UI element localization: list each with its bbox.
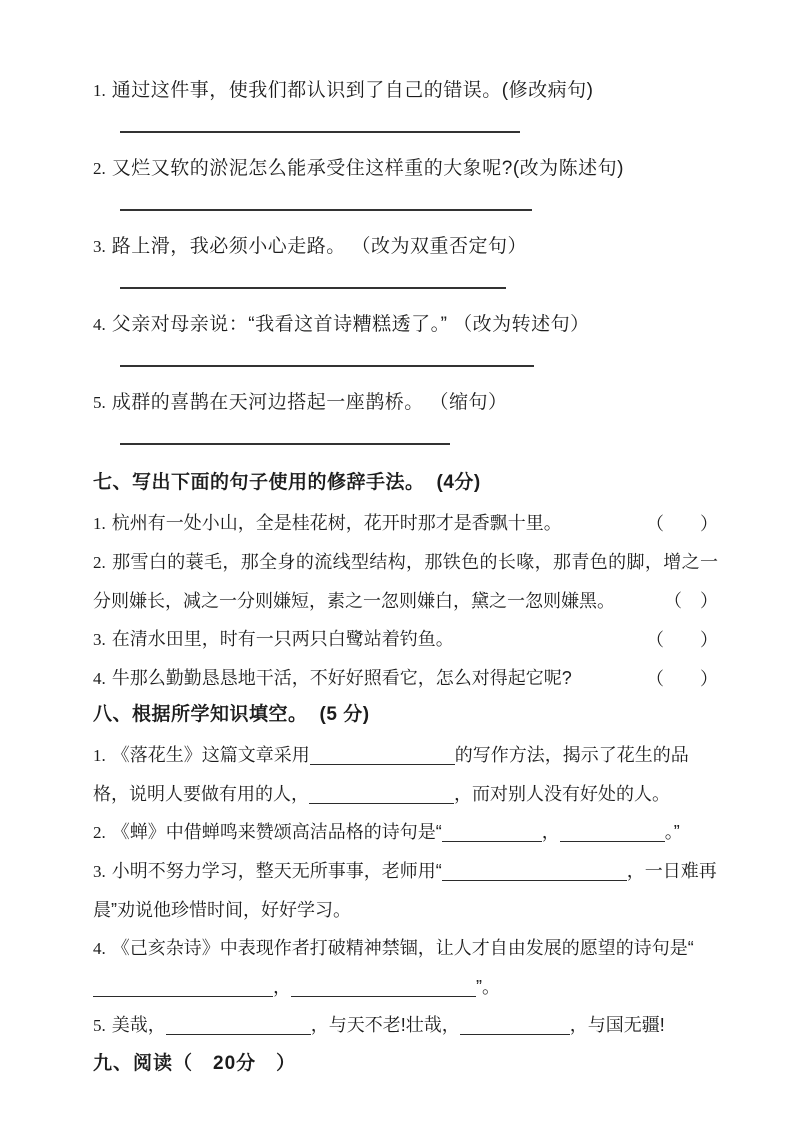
rewrite-question-2: 2.又烂又软的淤泥怎么能承受住这样重的大象呢?(改为陈述句) <box>93 154 718 211</box>
question-text: ，与天不老!壮哉， <box>311 1015 460 1035</box>
question-text: 《落花生》这篇文章采用 <box>112 745 310 765</box>
question-text: 《己亥杂诗》中表现作者打破精神禁锢，让人才自由发展的愿望的诗句是“ <box>112 938 694 958</box>
question-line: 4.父亲对母亲说：“我看这首诗糟糕透了。” （改为转述句） <box>93 310 718 340</box>
question-text: ”。 <box>476 977 500 997</box>
question-text: ，而对别人没有好处的人。 <box>454 784 670 804</box>
answer-parentheses: （ ） <box>646 660 718 698</box>
section-title: 八、根据所学知识填空。 <box>93 704 308 725</box>
worksheet-page: 1.通过这件事，使我们都认识到了自己的错误。(修改病句) 2.又烂又软的淤泥怎么… <box>0 0 793 1122</box>
fill-blank <box>291 976 476 997</box>
question-line: 5.成群的喜鹊在天河边搭起一座鹊桥。 （缩句） <box>93 388 718 418</box>
question-text: 那雪白的蓑毛，那全身的流线型结构，那铁色的长喙，那青色的脚，增之一分则嫌长，减之… <box>93 552 718 611</box>
question-text: ，与国无疆! <box>570 1015 665 1035</box>
question-text: 牛那么勤勤恳恳地干活，不好好照看它，怎么对得起它呢? <box>112 668 572 688</box>
rhetoric-section: 七、写出下面的句子使用的修辞手法。(4分) 1.杭州有一处小山，全是桂花树，花开… <box>93 466 718 698</box>
question-text: 通过这件事，使我们都认识到了自己的错误。(修改病句) <box>112 80 594 101</box>
question-number: 2. <box>93 553 106 572</box>
section-heading: 九、阅读（ 20分 ） <box>93 1045 718 1083</box>
question-line: 3.路上滑，我必须小心走路。 （改为双重否定句） <box>93 232 718 262</box>
rhetoric-question-4: 4.牛那么勤勤恳恳地干活，不好好照看它，怎么对得起它呢?（ ） <box>93 659 718 698</box>
section-heading: 八、根据所学知识填空。(5 分) <box>93 698 718 732</box>
section-score: (5 分) <box>320 704 370 725</box>
answer-blank-line <box>120 287 506 289</box>
fill-question-2: 2.《蝉》中借蝉鸣来赞颂高洁品格的诗句是“，。” <box>93 813 718 852</box>
fill-blank <box>442 821 542 842</box>
fill-blank <box>460 1014 570 1035</box>
answer-parentheses: （ ） <box>646 621 718 659</box>
fill-blank-section: 八、根据所学知识填空。(5 分) 1.《落花生》这篇文章采用的写作方法，揭示了花… <box>93 698 718 1045</box>
fill-blank <box>560 821 665 842</box>
rewrite-question-3: 3.路上滑，我必须小心走路。 （改为双重否定句） <box>93 232 718 289</box>
question-number: 4. <box>93 315 106 334</box>
fill-question-3: 3.小明不努力学习，整天无所事事，老师用“，一日难再晨”劝说他珍惜时间，好好学习… <box>93 852 718 929</box>
question-line: 2.又烂又软的淤泥怎么能承受住这样重的大象呢?(改为陈述句) <box>93 154 718 184</box>
rewrite-question-5: 5.成群的喜鹊在天河边搭起一座鹊桥。 （缩句） <box>93 388 718 445</box>
section-score: (4分) <box>437 472 481 493</box>
section-heading: 七、写出下面的句子使用的修辞手法。(4分) <box>93 466 718 500</box>
question-number: 3. <box>93 237 106 256</box>
reading-section: 九、阅读（ 20分 ） <box>93 1045 718 1083</box>
answer-blank-line <box>120 443 450 445</box>
fill-blank <box>310 744 455 765</box>
question-text: 又烂又软的淤泥怎么能承受住这样重的大象呢?(改为陈述句) <box>112 158 624 179</box>
question-number: 4. <box>93 939 106 958</box>
question-text: 小明不努力学习，整天无所事事，老师用“ <box>112 861 442 881</box>
question-number: 3. <box>93 630 106 649</box>
question-line: 1.通过这件事，使我们都认识到了自己的错误。(修改病句) <box>93 76 718 106</box>
question-number: 5. <box>93 393 106 412</box>
question-number: 4. <box>93 669 106 688</box>
rewrite-question-1: 1.通过这件事，使我们都认识到了自己的错误。(修改病句) <box>93 76 718 133</box>
fill-blank <box>309 783 454 804</box>
question-text: 美哉， <box>112 1015 166 1035</box>
question-text: ， <box>542 822 560 842</box>
section-title: 七、写出下面的句子使用的修辞手法。 <box>93 472 425 493</box>
rewrite-question-4: 4.父亲对母亲说：“我看这首诗糟糕透了。” （改为转述句） <box>93 310 718 367</box>
answer-parentheses: （ ） <box>664 582 718 620</box>
question-number: 2. <box>93 823 106 842</box>
rhetoric-question-1: 1.杭州有一处小山，全是桂花树，花开时那才是香飘十里。（ ） <box>93 504 718 543</box>
question-number: 1. <box>93 746 106 765</box>
question-number: 2. <box>93 159 106 178</box>
question-number: 1. <box>93 514 106 533</box>
answer-parentheses: （ ） <box>646 505 718 543</box>
rhetoric-question-2: 2.那雪白的蓑毛，那全身的流线型结构，那铁色的长喙，那青色的脚，增之一分则嫌长，… <box>93 543 718 620</box>
question-text: 父亲对母亲说：“我看这首诗糟糕透了。” （改为转述句） <box>112 314 590 335</box>
fill-blank <box>93 976 273 997</box>
sentence-rewrite-section: 1.通过这件事，使我们都认识到了自己的错误。(修改病句) 2.又烂又软的淤泥怎么… <box>93 76 718 445</box>
answer-blank-line <box>120 365 534 367</box>
fill-question-1: 1.《落花生》这篇文章采用的写作方法，揭示了花生的品格，说明人要做有用的人，，而… <box>93 736 718 813</box>
question-text: 路上滑，我必须小心走路。 （改为双重否定句） <box>112 236 527 257</box>
question-text: 在清水田里，时有一只两只白鹭站着钓鱼。 <box>112 629 454 649</box>
answer-blank-line <box>120 209 532 211</box>
question-text: 。” <box>665 822 680 842</box>
question-text: 杭州有一处小山，全是桂花树，花开时那才是香飘十里。 <box>112 513 562 533</box>
fill-blank <box>166 1014 311 1035</box>
fill-question-4: 4.《己亥杂诗》中表现作者打破精神禁锢，让人才自由发展的愿望的诗句是“，”。 <box>93 929 718 1006</box>
question-text: 成群的喜鹊在天河边搭起一座鹊桥。 （缩句） <box>112 392 508 413</box>
fill-question-5: 5.美哉，，与天不老!壮哉，，与国无疆! <box>93 1006 718 1045</box>
question-number: 1. <box>93 81 106 100</box>
answer-blank-line <box>120 131 520 133</box>
rhetoric-question-3: 3.在清水田里，时有一只两只白鹭站着钓鱼。（ ） <box>93 620 718 659</box>
question-number: 5. <box>93 1016 106 1035</box>
question-text: ， <box>273 977 291 997</box>
question-text: 《蝉》中借蝉鸣来赞颂高洁品格的诗句是“ <box>112 822 442 842</box>
question-number: 3. <box>93 862 106 881</box>
fill-blank <box>442 860 627 881</box>
